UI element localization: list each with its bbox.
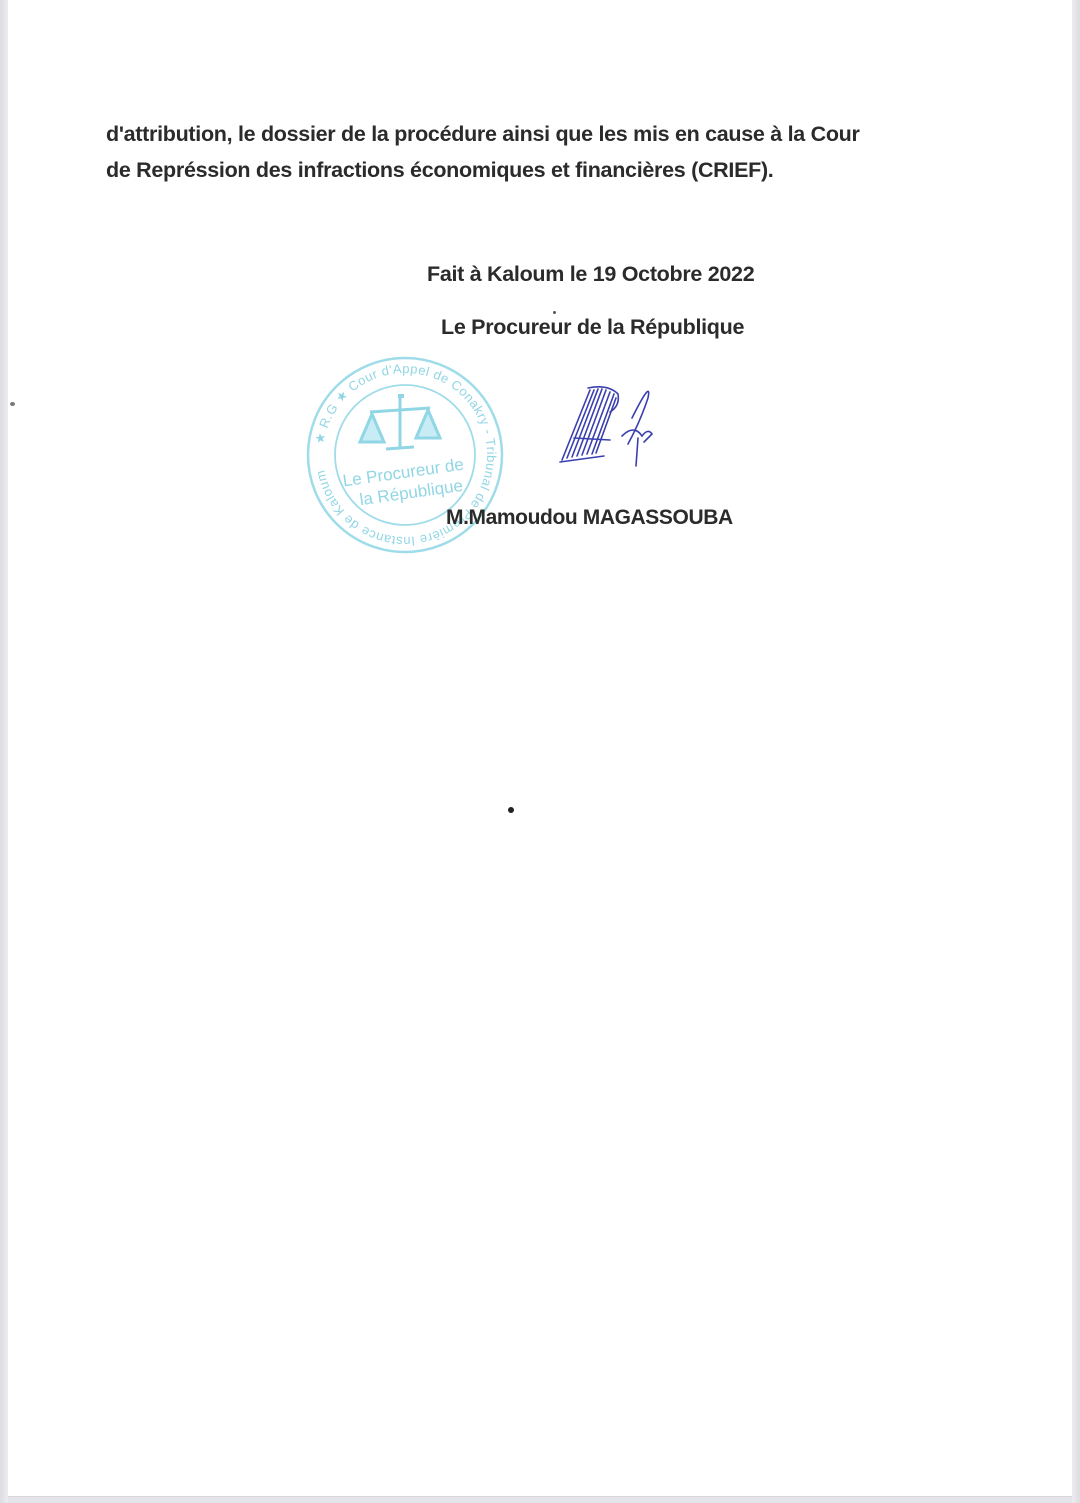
signatory-name: M.Mamoudou MAGASSOUBA	[446, 506, 733, 530]
ink-speck	[10, 402, 15, 406]
page-edge-right	[1072, 0, 1080, 1503]
handwritten-signature	[552, 378, 672, 478]
ink-speck	[508, 807, 514, 813]
paragraph-line: de Représsion des infractions économique…	[106, 152, 926, 188]
ink-speck	[553, 311, 556, 314]
place-date: Fait à Kaloum le 19 Octobre 2022	[427, 262, 754, 287]
document-page	[8, 0, 1072, 1497]
body-paragraph: d'attribution, le dossier de la procédur…	[106, 116, 926, 188]
scales-of-justice-icon	[360, 396, 440, 449]
paragraph-line: d'attribution, le dossier de la procédur…	[106, 116, 926, 152]
signatory-title: Le Procureur de la République	[441, 315, 744, 340]
page-edge-left	[0, 0, 8, 1503]
